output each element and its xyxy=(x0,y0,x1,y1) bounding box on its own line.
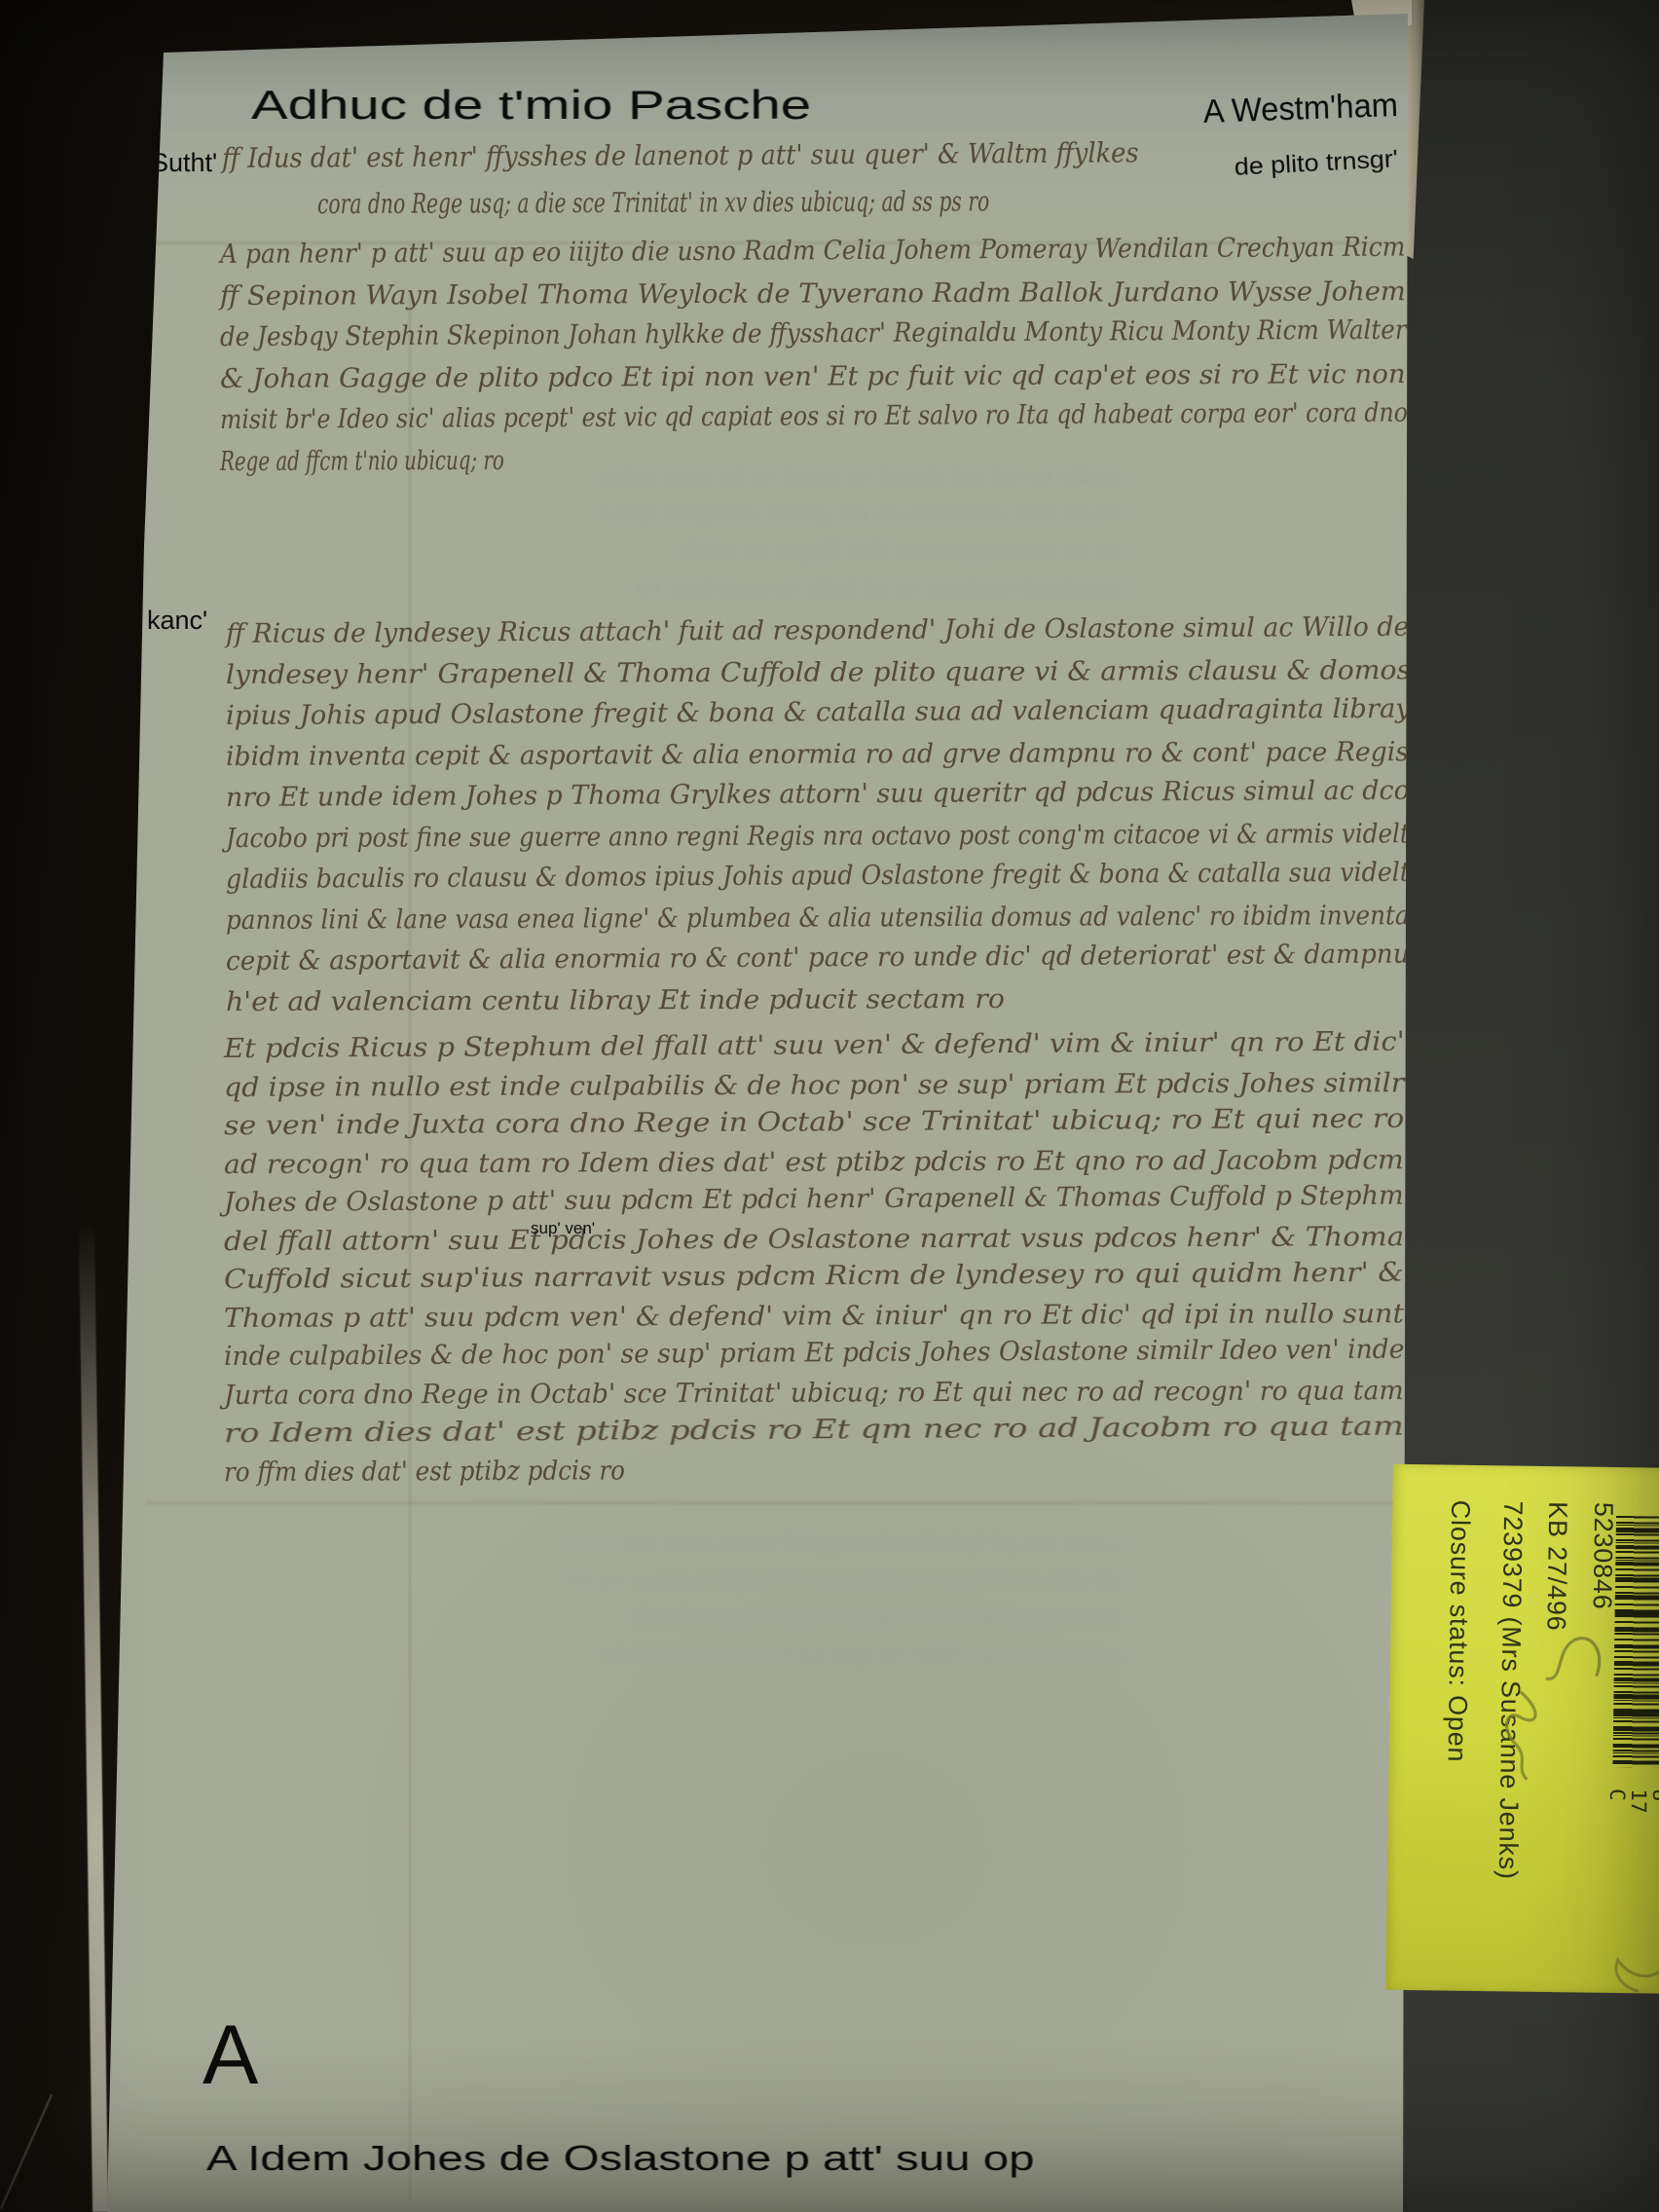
entry1-right-note: de plito trnsgr' xyxy=(1234,145,1399,182)
interlinear-insertion: sup' ven' xyxy=(531,1219,595,1238)
verso-show-through: unde ro qd ipi simul ro apud ro in com p… xyxy=(545,1524,1120,1933)
manuscript-line: se ven' inde Juxta cora dno Rege in Octa… xyxy=(224,1104,1405,1141)
manuscript-line: ff Ricus de lyndesey Ricus attach' fuit … xyxy=(226,612,1410,649)
label-catalogue-ref: KB 27/496 xyxy=(1540,1501,1572,1632)
manuscript-line: A pan henr' p att' suu ap eo iiijto die … xyxy=(220,233,1406,270)
barcode-side-numbers: 8 17 C xyxy=(1605,1788,1659,1877)
manuscript-line: de Jesbqy Stephin Skepinon Johan hylkke … xyxy=(220,315,1407,352)
scratch-on-table xyxy=(0,2094,53,2209)
manuscript-line: ad recogn' ro qua tam ro Idem dies dat' … xyxy=(224,1145,1404,1180)
manuscript-line: Cuffold sicut sup'ius narravit vsus pdcm… xyxy=(224,1258,1404,1295)
manuscript-line: ibidm inventa cepit & asportavit & alia … xyxy=(226,737,1409,772)
manuscript-line: inde culpabiles & de hoc pon' se sup' pr… xyxy=(224,1335,1405,1372)
label-item-number: 5230846 xyxy=(1587,1502,1619,1610)
manuscript-line: pannos lini & lane vasa enea ligne' & pl… xyxy=(226,901,1410,936)
place-heading: A Westm'ham xyxy=(1202,87,1398,131)
manuscript-line: & Johan Gagge de plito pdco Et ipi non v… xyxy=(220,359,1406,394)
label-order-reader: 7239379 (Mrs Susanne Jenks) xyxy=(1493,1500,1528,1880)
manuscript-line: Thomas p att' suu pdcm ven' & defend' vi… xyxy=(224,1299,1404,1334)
manuscript-line: nro Et unde idem Johes p Thoma Grylkes a… xyxy=(226,776,1410,813)
manuscript-line: Et pdcis Ricus p Stephum del ffall att' … xyxy=(224,1027,1405,1064)
entry2-marginal-county: . kanc' xyxy=(132,606,207,636)
archive-label: 8 17 C 5230846 KB 27/496 7239379 (Mrs Su… xyxy=(1385,1464,1659,1994)
manuscript-line: gladiis baculis ro clausu & domos ipius … xyxy=(226,858,1410,895)
entry1-marginal-county: . Sutht' xyxy=(136,148,217,178)
verso-show-through: unde ro qd ipi simul ro apud ro in com p… xyxy=(574,458,1120,604)
manuscript-line: h'et ad valenciam centu libray Et inde p… xyxy=(226,984,1005,1017)
membrane-fore-edge xyxy=(79,1222,108,2212)
crease xyxy=(146,1501,1402,1504)
archive-label-face: 8 17 C 5230846 KB 27/496 7239379 (Mrs Su… xyxy=(1385,1464,1659,1994)
manuscript-line: del ffall attorn' suu Et pdcis Johes de … xyxy=(224,1222,1404,1257)
barcode-side-value: 17 xyxy=(1627,1788,1649,1876)
manuscript-line: Rege ad ffcm t'nio ubicuq; ro xyxy=(220,445,504,476)
manuscript-line: Jacobo pri post fine sue guerre anno reg… xyxy=(226,819,1410,854)
manuscript-line: ro ffm dies dat' est ptibz pdcis ro xyxy=(224,1456,625,1488)
photo-of-plea-roll: Adhuc de t'mio Pasche A Westm'ham . Suth… xyxy=(0,0,1659,2212)
next-entry-first-line: A Idem Johes de Oslastone p att' suu op xyxy=(206,2138,1034,2179)
manuscript-line: cepit & asportavit & alia enormia ro & c… xyxy=(226,940,1410,977)
manuscript-line: ff Idus dat' est henr' ffysshes de lanen… xyxy=(222,136,1139,174)
manuscript-line: ro Idem dies dat' est ptibz pdcis ro Et … xyxy=(224,1412,1404,1449)
manuscript-line: qd ipse in nullo est inde culpabilis & d… xyxy=(224,1068,1405,1103)
term-heading: Adhuc de t'mio Pasche xyxy=(251,82,811,129)
manuscript-line: lyndesey henr' Grapenell & Thoma Cuffold… xyxy=(226,655,1411,690)
barcode-side-value: C xyxy=(1605,1788,1628,1876)
label-closure-status: Closure status: Open xyxy=(1442,1500,1476,1763)
barcode xyxy=(1612,1516,1659,1768)
manuscript-line: Johes de Oslastone p att' suu pdcm Et pd… xyxy=(224,1181,1404,1218)
paragraph-flourish: A xyxy=(203,2008,258,2104)
manuscript-line: Jurta cora dno Rege in Octab' sce Trinit… xyxy=(224,1376,1404,1411)
manuscript-line: ipius Johis apud Oslastone fregit & bona… xyxy=(226,694,1411,731)
manuscript-line: cora dno Rege usq; a die sce Trinitat' i… xyxy=(317,185,989,220)
manuscript-line: misit br'e Ideo sic' alias pcept' est vi… xyxy=(220,398,1408,435)
manuscript-line: ff Sepinon Wayn Isobel Thoma Weylock de … xyxy=(220,276,1406,312)
